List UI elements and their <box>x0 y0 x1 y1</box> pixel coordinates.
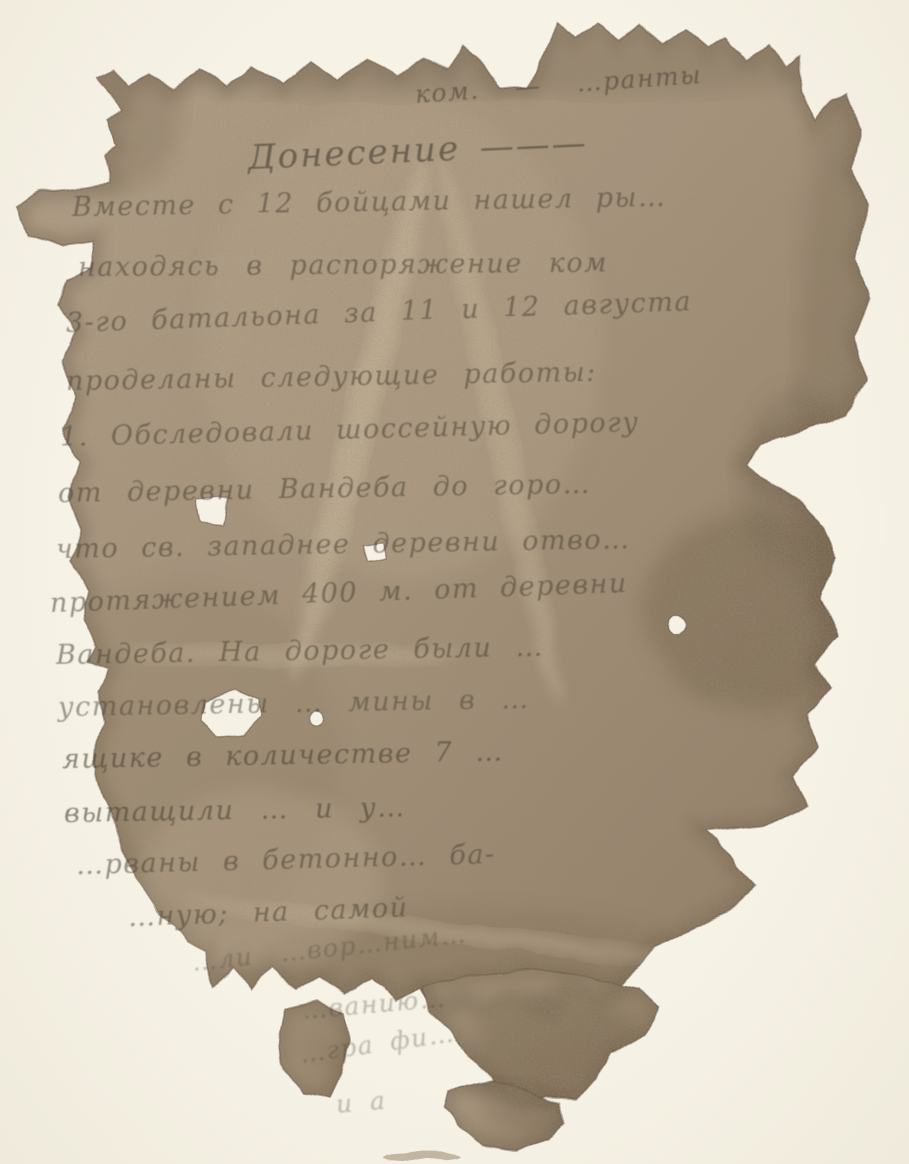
torn-hole-5 <box>668 617 686 635</box>
torn-paper-group <box>0 0 909 1164</box>
paper-sliver <box>380 1152 460 1160</box>
paper-grain-texture <box>0 0 909 1164</box>
torn-hole-3 <box>363 543 386 562</box>
torn-hole-4 <box>310 710 324 724</box>
paper-scan-graphic <box>0 0 909 1164</box>
torn-hole-1 <box>196 497 226 523</box>
